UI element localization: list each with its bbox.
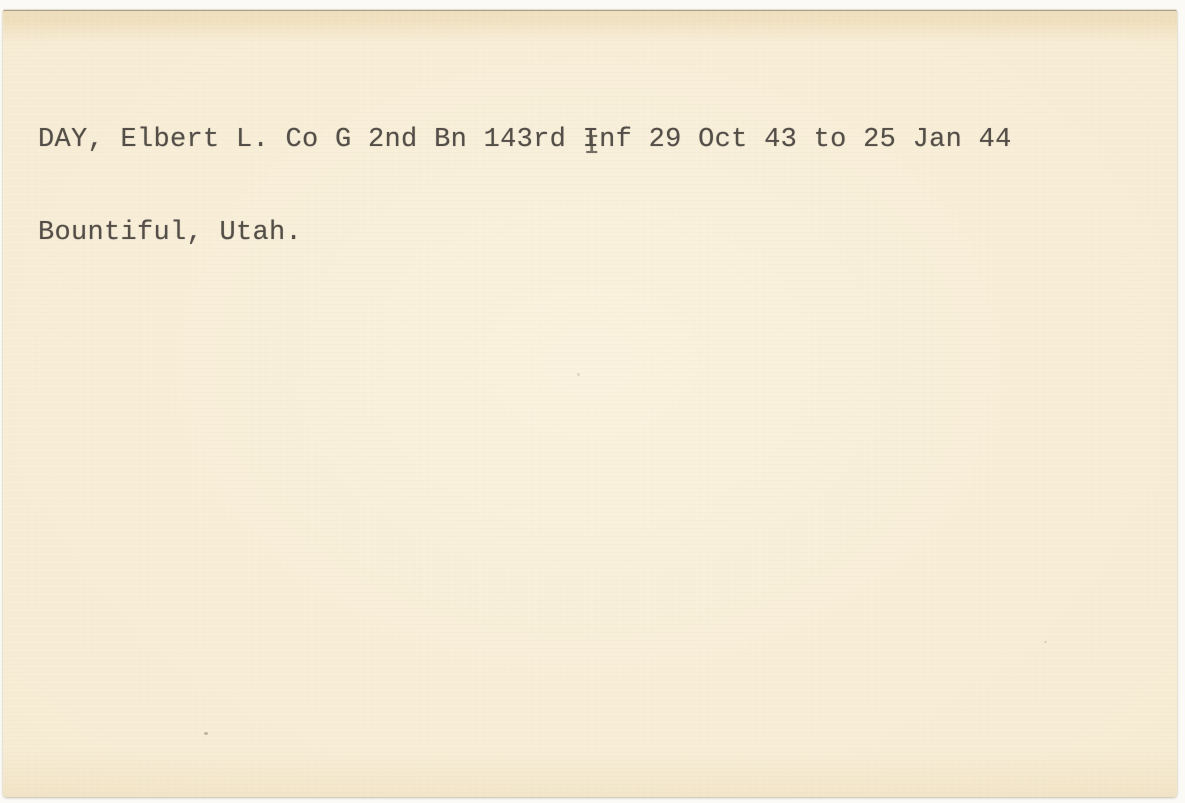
typed-text-block: DAY, Elbert L. Co G 2nd Bn 143rd IInf 29… — [38, 63, 1012, 311]
overstrike-bottom-glyph: I — [584, 132, 601, 163]
scan-background: DAY, Elbert L. Co G 2nd Bn 143rd IInf 29… — [0, 0, 1185, 803]
paper-speck — [577, 373, 580, 376]
paper-speck — [204, 732, 208, 735]
line1-suffix: nf 29 Oct 43 to 25 Jan 44 — [599, 125, 1012, 155]
index-card: DAY, Elbert L. Co G 2nd Bn 143rd IInf 29… — [3, 10, 1177, 797]
overstruck-letter: II — [583, 125, 600, 156]
typed-line-1: DAY, Elbert L. Co G 2nd Bn 143rd IInf 29… — [38, 125, 1012, 156]
typed-line-2: Bountiful, Utah. — [38, 218, 1012, 249]
line1-prefix: DAY, Elbert L. Co G 2nd Bn 143rd — [38, 125, 583, 155]
paper-speck — [1044, 641, 1047, 643]
